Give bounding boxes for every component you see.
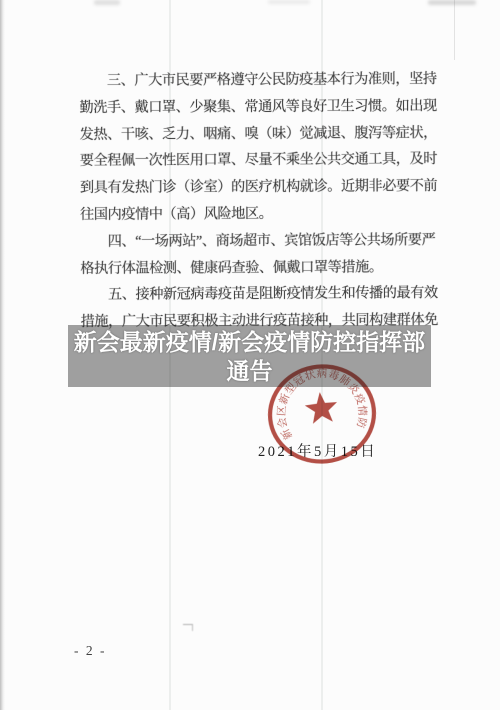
caption-title-line1: 新会最新疫情/新会疫情防控指挥部: [74, 328, 425, 357]
page-right-edge-line: [454, 0, 455, 60]
text-line: 三、广大市民要严格遵守公民防疫基本行为准则，坚持: [79, 66, 445, 95]
scan-speck: [183, 624, 193, 631]
text-line: 到具有发热门诊（诊室）的医疗机构就诊。近期非必要不前: [80, 173, 446, 202]
scan-smudge: [428, 0, 476, 5]
page-left-edge-shadow: [0, 0, 5, 710]
scanned-notice-page: 三、广大市民要严格遵守公民防疫基本行为准则，坚持 勤洗手、戴口罩、少聚集、常通风…: [0, 0, 500, 710]
caption-title-line2: 通告: [227, 357, 273, 385]
seal-star-icon: [304, 390, 339, 424]
scan-smudge: [94, 0, 120, 5]
text-line: 四、“一场两站”、商场超市、宾馆饭店等公共场所要严: [80, 227, 446, 256]
text-line: 格执行体温检测、健康码查验、佩戴口罩等措施。: [80, 254, 446, 283]
page-number: - 2 -: [74, 643, 107, 659]
scan-smudge: [268, 0, 310, 4]
text-line: 五、接种新冠病毒疫苗是阻断疫情发生和传播的最有效: [80, 280, 446, 309]
notice-body-text: 三、广大市民要严格遵守公民防疫基本行为准则，坚持 勤洗手、戴口罩、少聚集、常通风…: [79, 66, 446, 336]
text-line: 发热、干咳、乏力、咽痛、嗅（味）觉减退、腹泻等症状，: [80, 120, 446, 149]
caption-overlay: 新会最新疫情/新会疫情防控指挥部 通告: [68, 325, 431, 387]
text-line: 勤洗手、戴口罩、少聚集、常通风等良好卫生习惯。如出现: [79, 93, 445, 122]
text-line: 往国内疫情中（高）风险地区。: [80, 200, 446, 229]
text-line: 要全程佩一次性医用口罩、尽量不乘坐公共交通工具，及时: [80, 146, 446, 175]
